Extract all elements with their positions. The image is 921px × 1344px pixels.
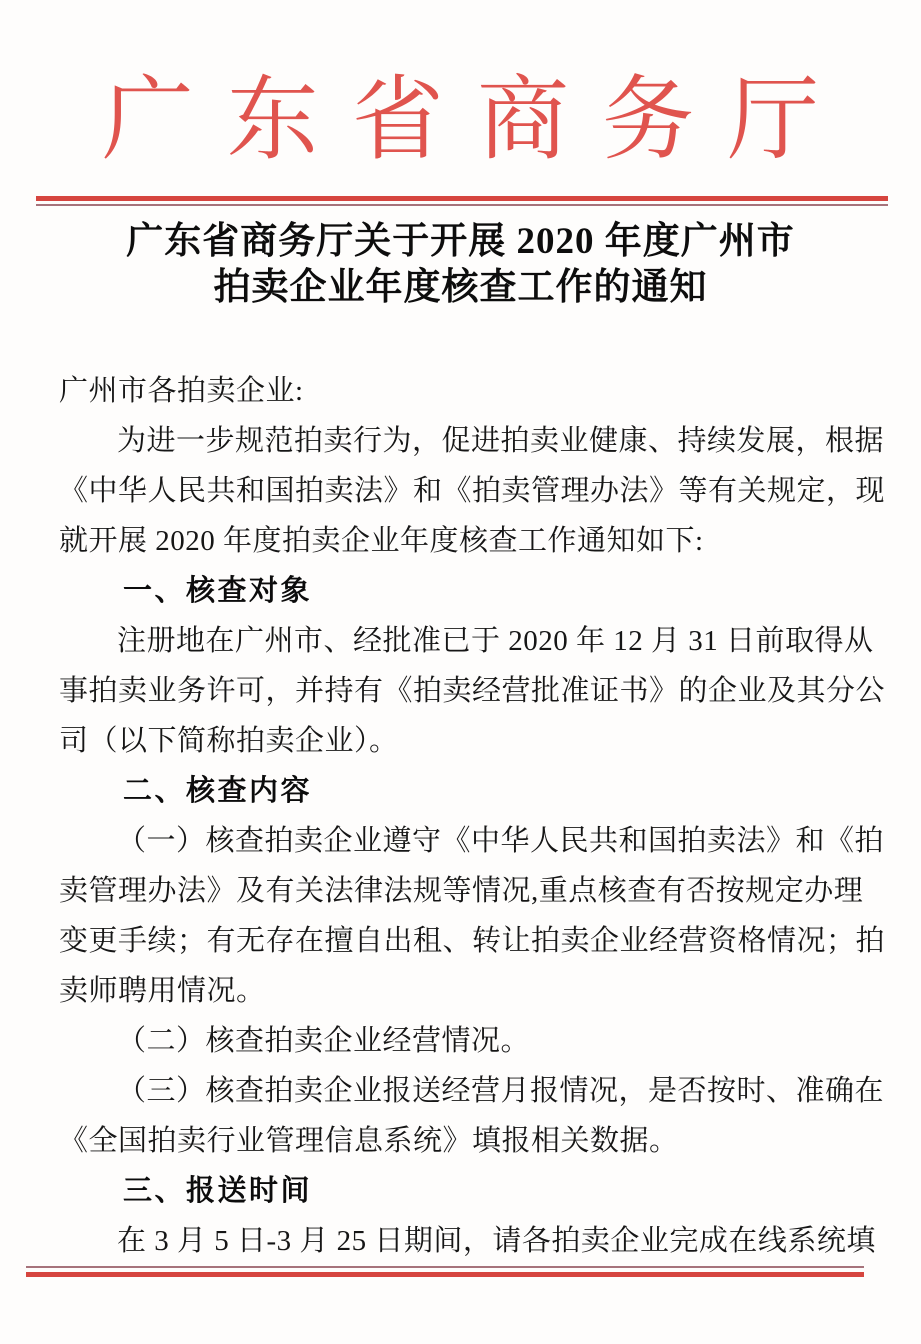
agency-masthead: 广东省商务厅 <box>0 50 921 190</box>
section-heading: 二、核查内容 <box>59 766 849 816</box>
section-heading: 三、报送时间 <box>59 1166 849 1216</box>
body-line: 《全国拍卖行业管理信息系统》填报相关数据。 <box>59 1116 849 1166</box>
body-line: 变更手续；有无存在擅自出租、转让拍卖企业经营资格情况；拍 <box>59 916 849 966</box>
document-title: 广东省商务厅关于开展 2020 年度广州市 拍卖企业年度核查工作的通知 <box>0 219 921 311</box>
rule-thin <box>36 204 888 206</box>
document-title-line-2: 拍卖企业年度核查工作的通知 <box>0 265 921 311</box>
footer-double-rule <box>26 1266 864 1277</box>
body-line: （二）核查拍卖企业经营情况。 <box>59 1016 849 1066</box>
body-line: 卖师聘用情况。 <box>59 966 849 1016</box>
document-body: 广州市各拍卖企业: 为进一步规范拍卖行为，促进拍卖业健康、持续发展，根据 《中华… <box>59 366 849 1266</box>
body-line: 事拍卖业务许可，并持有《拍卖经营批准证书》的企业及其分公 <box>59 666 849 716</box>
rule-thick-red <box>26 1272 864 1277</box>
salutation: 广州市各拍卖企业: <box>59 366 849 416</box>
document-title-line-1: 广东省商务厅关于开展 2020 年度广州市 <box>0 219 921 265</box>
body-line: 司（以下简称拍卖企业）。 <box>59 716 849 766</box>
body-line: （一）核查拍卖企业遵守《中华人民共和国拍卖法》和《拍 <box>59 816 849 866</box>
body-line: （三）核查拍卖企业报送经营月报情况，是否按时、准确在 <box>59 1066 849 1116</box>
body-line: 注册地在广州市、经批准已于 2020 年 12 月 31 日前取得从 <box>59 616 849 666</box>
section-heading: 一、核查对象 <box>59 566 849 616</box>
body-line: 就开展 2020 年度拍卖企业年度核查工作通知如下: <box>59 516 849 566</box>
body-line: 为进一步规范拍卖行为，促进拍卖业健康、持续发展，根据 <box>59 416 849 466</box>
body-line: 在 3 月 5 日-3 月 25 日期间，请各拍卖企业完成在线系统填 <box>59 1216 849 1266</box>
masthead-double-rule <box>36 196 888 206</box>
body-line: 《中华人民共和国拍卖法》和《拍卖管理办法》等有关规定，现 <box>59 466 849 516</box>
body-line: 卖管理办法》及有关法律法规等情况,重点核查有否按规定办理 <box>59 866 849 916</box>
document-page: 广东省商务厅 广东省商务厅关于开展 2020 年度广州市 拍卖企业年度核查工作的… <box>0 0 921 1344</box>
